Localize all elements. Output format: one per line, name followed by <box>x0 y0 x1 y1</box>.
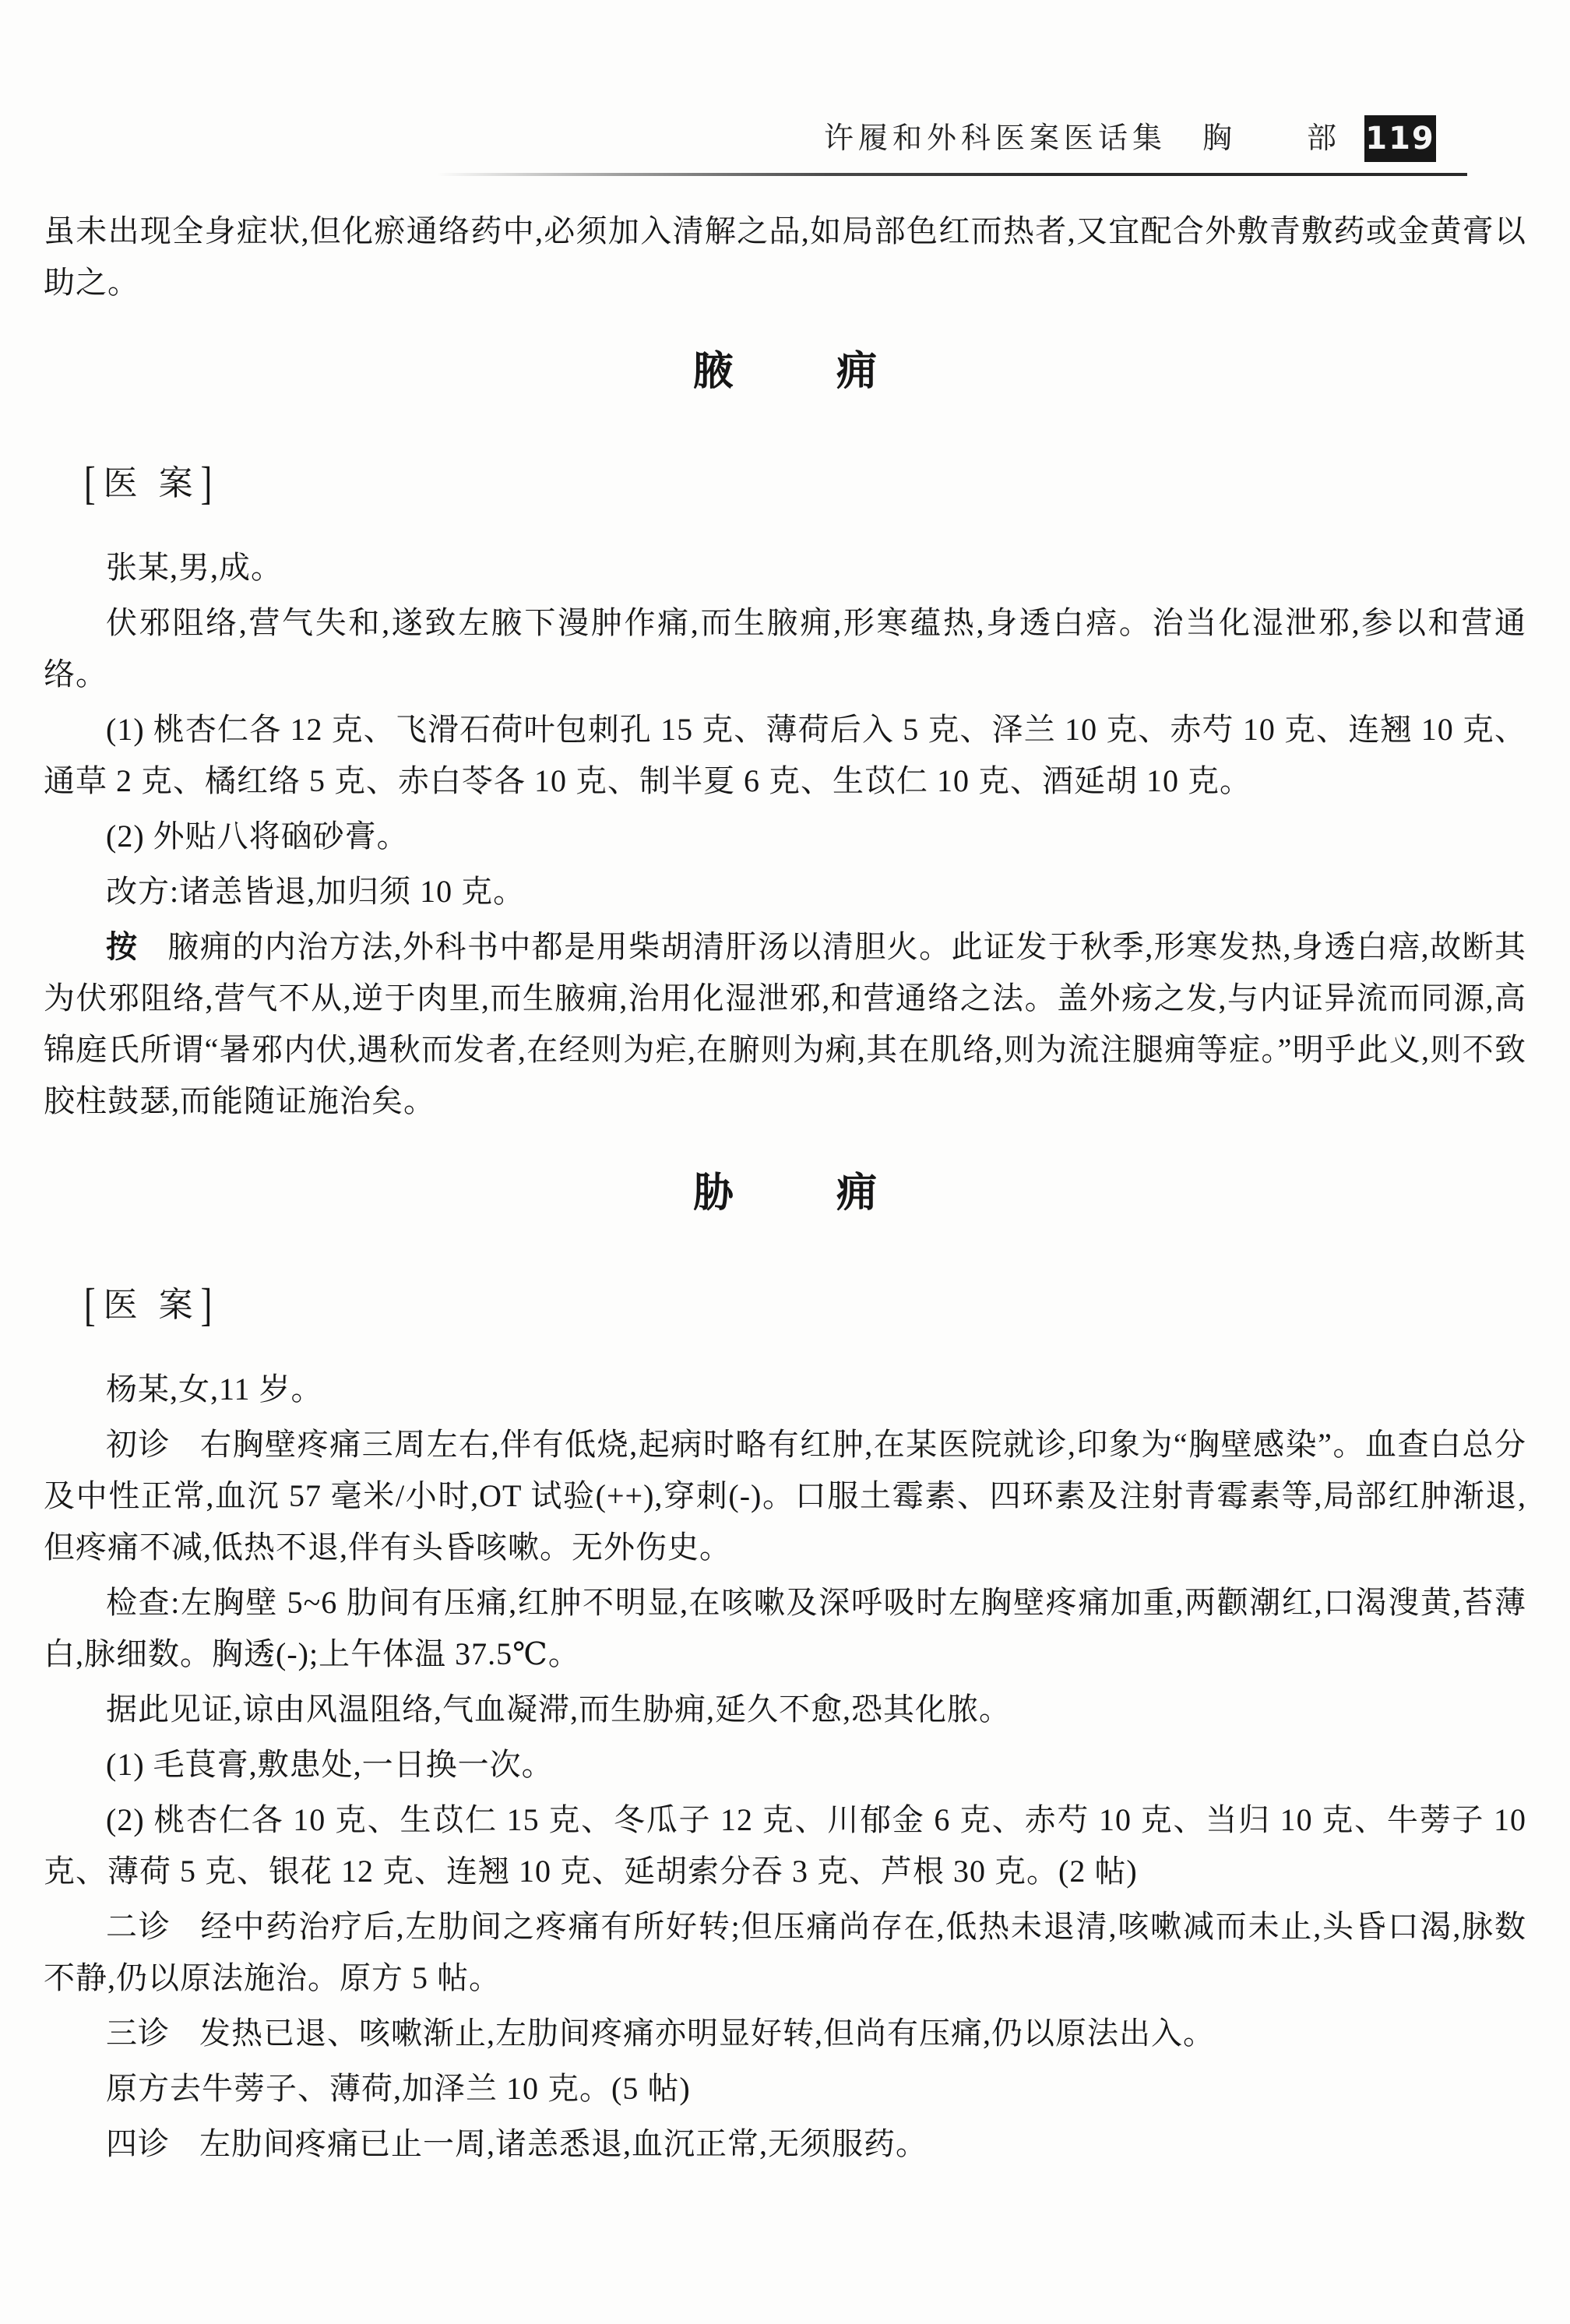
fourth-visit-paragraph: 四诊左肋间疼痛已止一周,诸恙悉退,血沉正常,无须服药。 <box>44 2118 1526 2170</box>
case-record-label: [ 医 案 ] <box>84 461 1526 506</box>
commentary-paragraph: 按腋痈的内治方法,外科书中都是用柴胡清肝汤以清胆火。此证发于秋季,形寒发热,身透… <box>44 921 1526 1127</box>
bracket-close-2: ] <box>201 1275 213 1336</box>
first-visit-paragraph: 初诊右胸壁疼痛三周左右,伴有低烧,起病时略有红肿,在某医院就诊,印象为“胸壁感染… <box>44 1419 1526 1573</box>
second-visit-paragraph: 二诊经中药治疗后,左肋间之疼痛有所好转;但压痛尚存在,低热未退清,咳嗽减而未止,… <box>44 1901 1526 2004</box>
heading-char-abscess-2: 痈 <box>836 1171 877 1217</box>
bracket-close: ] <box>201 453 213 514</box>
bracket-open: [ <box>84 453 96 514</box>
heading-char-flank: 胁 <box>693 1171 734 1217</box>
case-record-label-text-2: 医 案 <box>104 1283 199 1328</box>
commentary-lead: 按 <box>106 929 138 964</box>
page-body-text: 虽未出现全身症状,但化瘀通络药中,必须加入清解之品,如局部色红而热者,又宜配合外… <box>44 206 1526 2170</box>
third-visit-paragraph: 三诊发热已退、咳嗽渐止,左肋间疼痛亦明显好转,但尚有压痛,仍以原法出入。 <box>44 2008 1526 2059</box>
third-visit-followup-paragraph: 原方去牛蒡子、薄荷,加泽兰 10 克。(5 帖) <box>44 2063 1526 2114</box>
book-title: 许履和外科医案医话集 <box>824 115 1167 162</box>
second-visit-lead: 二诊 <box>106 1909 171 1944</box>
presentation-paragraph: 伏邪阻络,营气失和,遂致左腋下漫肿作痛,而生腋痈,形寒蕴热,身透白㾦。治当化湿泄… <box>44 597 1526 700</box>
section-heading-flank-abscess: 胁 痈 <box>44 1171 1526 1217</box>
bracket-open-2: [ <box>84 1275 96 1336</box>
fourth-visit-text: 左肋间疼痛已止一周,诸恙悉退,血沉正常,无须服药。 <box>199 2126 928 2161</box>
patient-info-paragraph-2: 杨某,女,11 岁。 <box>44 1364 1526 1415</box>
first-visit-text: 右胸壁疼痛三周左右,伴有低烧,起病时略有红肿,在某医院就诊,印象为“胸壁感染”。… <box>44 1427 1526 1565</box>
second-visit-text: 经中药治疗后,左肋间之疼痛有所好转;但压痛尚存在,低热未退清,咳嗽减而未止,头昏… <box>44 1909 1526 1995</box>
first-visit-lead: 初诊 <box>106 1427 171 1462</box>
assessment-paragraph: 据此见证,谅由风温阻络,气血凝滞,而生胁痈,延久不愈,恐其化脓。 <box>44 1684 1526 1735</box>
third-visit-text: 发热已退、咳嗽渐止,左肋间疼痛亦明显好转,但尚有压痛,仍以原法出入。 <box>199 2016 1215 2051</box>
header-rule <box>437 173 1467 176</box>
commentary-text: 腋痈的内治方法,外科书中都是用柴胡清肝汤以清胆火。此证发于秋季,形寒发热,身透白… <box>44 929 1526 1118</box>
running-head-section-chest: 胸 <box>1202 115 1232 162</box>
prescription-1-paragraph-2: (1) 毛茛膏,敷患处,一日换一次。 <box>44 1739 1526 1791</box>
heading-char-axilla: 腋 <box>693 349 734 396</box>
running-head: 许履和外科医案医话集 胸 部 119 <box>44 115 1526 162</box>
intro-paragraph: 虽未出现全身症状,但化瘀通络药中,必须加入清解之品,如局部色红而热者,又宜配合外… <box>44 206 1526 308</box>
prescription-1-paragraph: (1) 桃杏仁各 12 克、飞滑石荷叶包刺孔 15 克、薄荷后入 5 克、泽兰 … <box>44 704 1526 807</box>
fourth-visit-lead: 四诊 <box>106 2126 170 2161</box>
section-heading-axillary-abscess: 腋 痈 <box>44 349 1526 396</box>
case-record-label-2: [ 医 案 ] <box>84 1283 1526 1328</box>
prescription-2-paragraph: (2) 外贴八将硇砂膏。 <box>44 811 1526 862</box>
examination-paragraph: 检查:左胸壁 5~6 肋间有压痛,红肿不明显,在咳嗽及深呼吸时左胸壁疼痛加重,两… <box>44 1577 1526 1680</box>
page-number-badge: 119 <box>1364 115 1436 162</box>
running-head-section-part: 部 <box>1307 115 1336 162</box>
third-visit-lead: 三诊 <box>106 2016 170 2051</box>
case-record-label-text: 医 案 <box>104 461 199 506</box>
prescription-2-paragraph-2: (2) 桃杏仁各 10 克、生苡仁 15 克、冬瓜子 12 克、川郁金 6 克、… <box>44 1794 1526 1897</box>
revision-paragraph: 改方:诸恙皆退,加归须 10 克。 <box>44 866 1526 917</box>
book-page: 许履和外科医案医话集 胸 部 119 虽未出现全身症状,但化瘀通络药中,必须加入… <box>0 0 1570 2324</box>
patient-info-paragraph: 张某,男,成。 <box>44 542 1526 593</box>
heading-char-abscess: 痈 <box>836 349 877 396</box>
